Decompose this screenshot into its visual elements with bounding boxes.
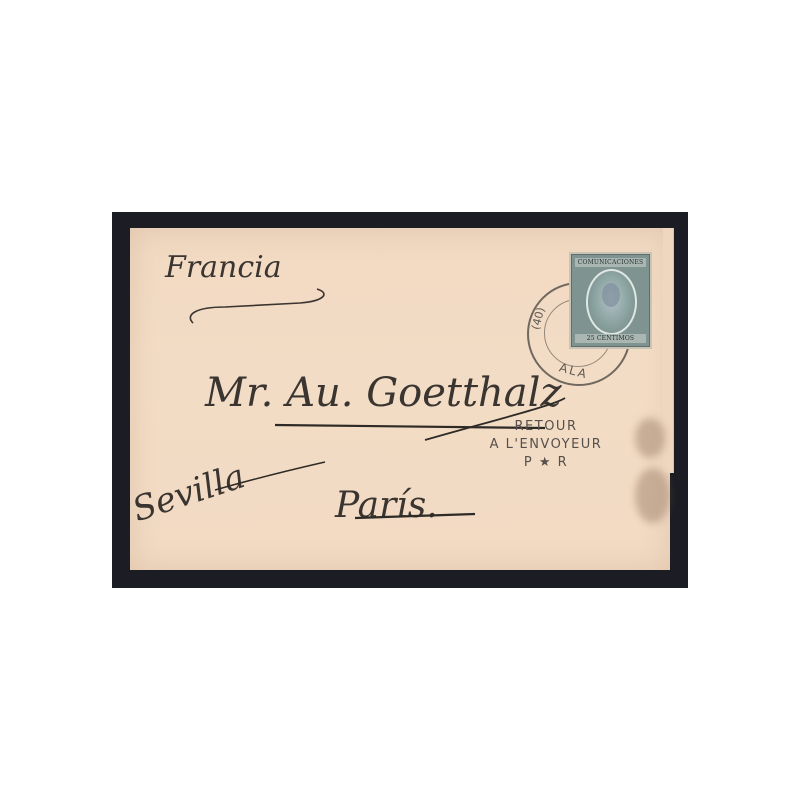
stamp-bottom-label: 25 CENTIMOS [575, 334, 646, 343]
destination-country-text: Francia [165, 250, 282, 285]
origin-strikethrough [210, 460, 330, 500]
cachet-line-1: RETOUR [466, 418, 626, 436]
city-strikethrough [350, 500, 480, 530]
stain [635, 418, 665, 458]
underline-flourish [185, 285, 335, 330]
cachet-line-3: P ★ R [466, 454, 626, 472]
cachet-line-2: A L'ENVOYEUR [466, 436, 626, 454]
stamp-portrait-oval [586, 269, 637, 335]
stamp-top-label: COMUNICACIONES [575, 258, 646, 267]
return-to-sender-cachet: RETOUR A L'ENVOYEUR P ★ R [466, 418, 626, 472]
portrait-icon [602, 283, 620, 307]
stain [635, 468, 670, 523]
postage-stamp: COMUNICACIONES 25 CENTIMOS [571, 254, 650, 347]
